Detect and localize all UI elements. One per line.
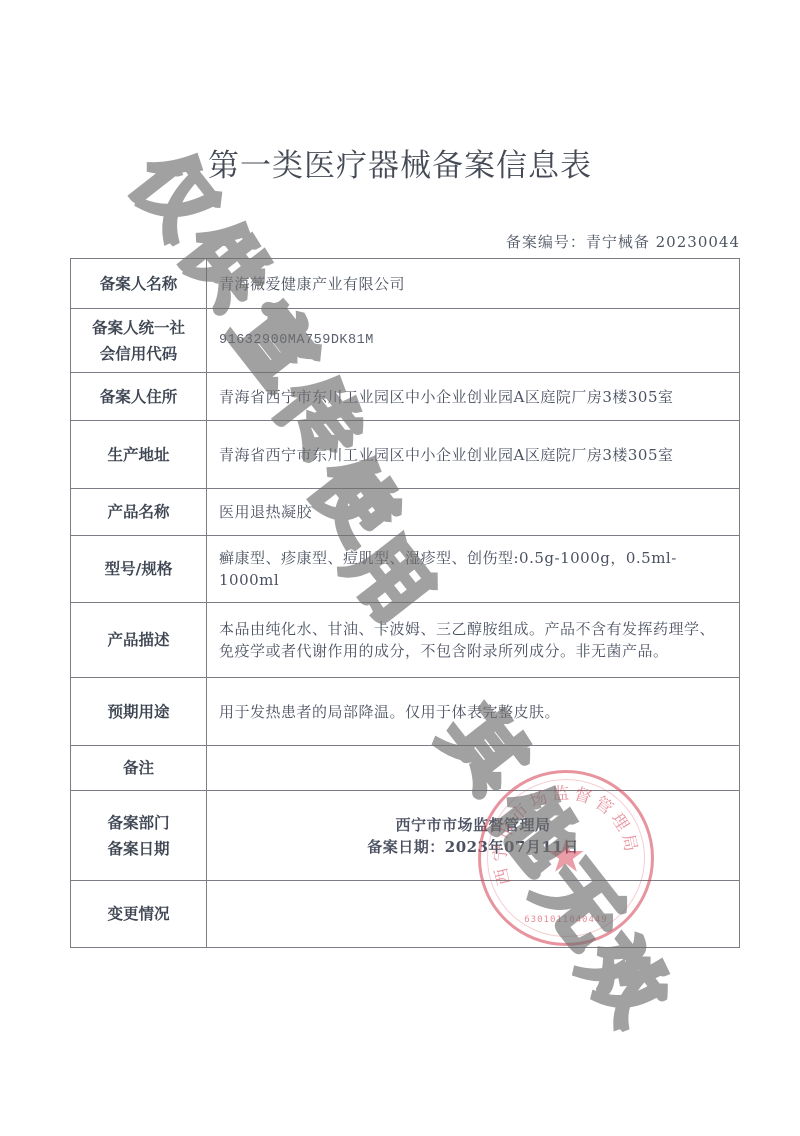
row-label: 型号/规格 [71,536,207,603]
row-label-line: 备案人统一社 [71,315,206,341]
intended-use-value: 用于发热患者的局部降温。仅用于体表完整皮肤。 [207,678,740,746]
model-spec-value: 癣康型、疹康型、痘肌型、湿疹型、创伤型:0.5g-1000g，0.5ml-100… [207,536,740,603]
record-number-label: 备案编号： [506,233,586,251]
registrant-name-value: 青海薇爱健康产业有限公司 [207,259,740,309]
document-title: 第一类医疗器械备案信息表 [0,140,800,185]
production-address-value: 青海省西宁市东川工业园区中小企业创业园A区庭院厂房3楼305室 [207,421,740,489]
record-number-value: 青宁械备 20230044 [586,233,740,251]
record-number: 备案编号：青宁械备 20230044 [506,231,740,252]
table-row: 产品名称 医用退热凝胶 [71,489,740,536]
row-label: 预期用途 [71,678,207,746]
row-label: 产品名称 [71,489,207,536]
row-label: 备案人统一社 会信用代码 [71,309,207,373]
table-row: 备案部门 备案日期 西宁市市场监督管理局 备案日期：2023年07月11日 [71,791,740,881]
table-row: 备案人名称 青海薇爱健康产业有限公司 [71,259,740,309]
table-row: 备注 [71,746,740,791]
table-row: 备案人统一社 会信用代码 91632900MA759DK81M [71,309,740,373]
row-label-line: 会信用代码 [71,341,206,367]
table-row: 变更情况 [71,881,740,948]
row-label: 产品描述 [71,603,207,678]
row-label: 生产地址 [71,421,207,489]
record-date: 备案日期：2023年07月11日 [219,836,727,858]
table-row: 预期用途 用于发热患者的局部降温。仅用于体表完整皮肤。 [71,678,740,746]
table-row: 生产地址 青海省西宁市东川工业园区中小企业创业园A区庭院厂房3楼305室 [71,421,740,489]
product-name-value: 医用退热凝胶 [207,489,740,536]
remarks-value [207,746,740,791]
row-label: 备案人住所 [71,373,207,421]
authority-name: 西宁市市场监督管理局 [219,814,727,836]
table-row: 型号/规格 癣康型、疹康型、痘肌型、湿疹型、创伤型:0.5g-1000g，0.5… [71,536,740,603]
row-label-line: 备案日期 [71,836,206,862]
record-info-table: 备案人名称 青海薇爱健康产业有限公司 备案人统一社 会信用代码 91632900… [70,258,740,948]
table-row: 备案人住所 青海省西宁市东川工业园区中小企业创业园A区庭院厂房3楼305室 [71,373,740,421]
change-history-value [207,881,740,948]
registrant-address-value: 青海省西宁市东川工业园区中小企业创业园A区庭院厂房3楼305室 [207,373,740,421]
authority-date-value: 西宁市市场监督管理局 备案日期：2023年07月11日 [207,791,740,881]
credit-code-value: 91632900MA759DK81M [207,309,740,373]
row-label: 变更情况 [71,881,207,948]
table-row: 产品描述 本品由纯化水、甘油、卡波姆、三乙醇胺组成。产品不含有发挥药理学、免疫学… [71,603,740,678]
row-label: 备注 [71,746,207,791]
row-label: 备案部门 备案日期 [71,791,207,881]
product-description-value: 本品由纯化水、甘油、卡波姆、三乙醇胺组成。产品不含有发挥药理学、免疫学或者代谢作… [207,603,740,678]
row-label-line: 备案部门 [71,810,206,836]
row-label: 备案人名称 [71,259,207,309]
